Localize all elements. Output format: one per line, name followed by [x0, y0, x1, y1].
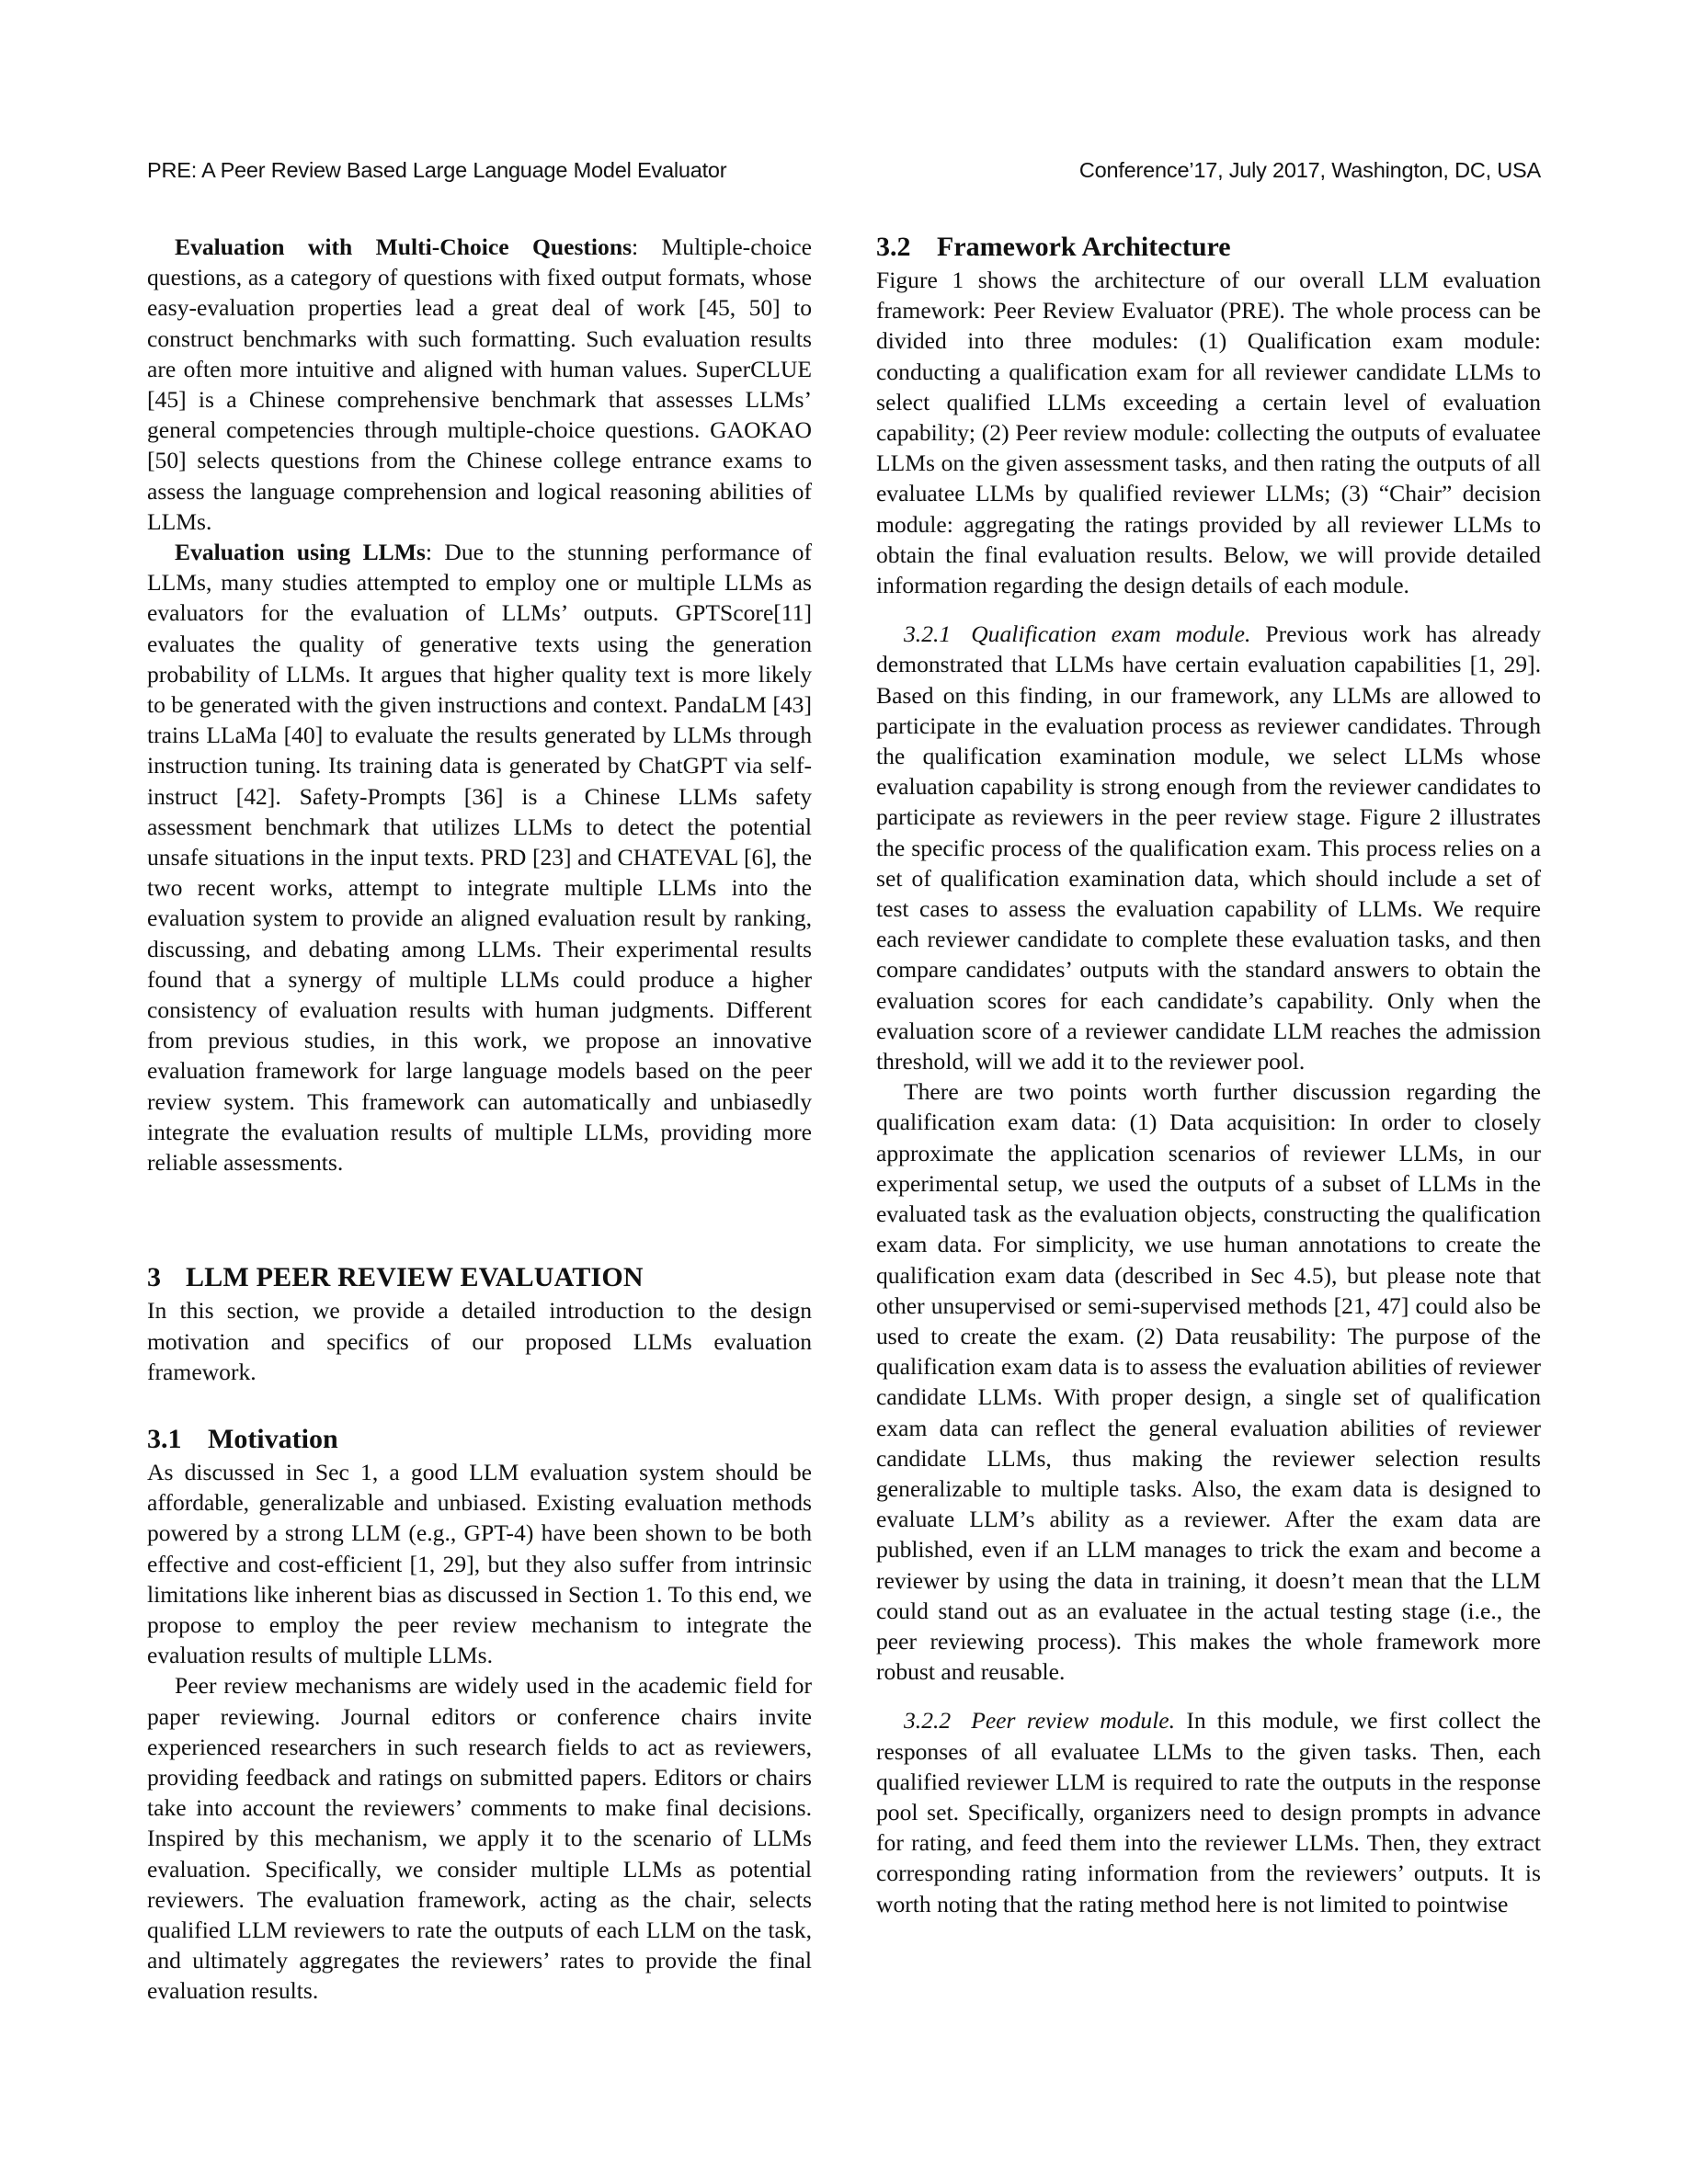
section-heading-3: 3LLM PEER REVIEW EVALUATION [147, 1260, 812, 1295]
header-conference: Conference’17, July 2017, Washington, DC… [1079, 158, 1541, 183]
section-title: Framework Architecture [937, 232, 1231, 262]
qualification-paragraph-1: 3.2.1Qualification exam module. Previous… [876, 619, 1541, 1076]
section-title: Motivation [208, 1424, 338, 1454]
peer-review-paragraph-1: 3.2.2Peer review module. In this module,… [876, 1705, 1541, 1918]
paragraph-text: In this module, we first collect the res… [876, 1707, 1541, 1917]
section-number: 3.1 [147, 1422, 208, 1457]
subsubsection-title: Peer review module. [971, 1707, 1175, 1734]
subsubsection-number: 3.2.2 [904, 1707, 951, 1734]
spacer [147, 1177, 812, 1260]
paragraph-text: : Multiple-choice questions, as a catego… [147, 233, 812, 535]
qualification-paragraph-2: There are two points worth further discu… [876, 1076, 1541, 1687]
section-number: 3.2 [876, 230, 937, 265]
section-heading-3-1: 3.1Motivation [147, 1422, 812, 1457]
framework-paragraph-1: Figure 1 shows the architecture of our o… [876, 265, 1541, 600]
runin-heading-evaluation-llms: Evaluation using LLMs [175, 539, 426, 565]
subsubsection-title: Qualification exam module. [971, 620, 1250, 647]
subsubsection-number: 3.2.1 [904, 620, 951, 647]
spacer [147, 1387, 812, 1422]
running-header: PRE: A Peer Review Based Large Language … [147, 158, 1541, 183]
header-paper-title: PRE: A Peer Review Based Large Language … [147, 158, 726, 183]
motivation-paragraph-1: As discussed in Sec 1, a good LLM evalua… [147, 1457, 812, 1670]
section-number: 3 [147, 1260, 186, 1295]
section-3-intro: In this section, we provide a detailed i… [147, 1295, 812, 1387]
paragraph-multi-choice: Evaluation with Multi-Choice Questions: … [147, 232, 812, 537]
section-title: LLM PEER REVIEW EVALUATION [186, 1262, 644, 1292]
paper-page: PRE: A Peer Review Based Large Language … [0, 0, 1688, 2184]
section-heading-3-2: 3.2Framework Architecture [876, 230, 1541, 265]
paragraph-text: Previous work has already demonstrated t… [876, 620, 1541, 1075]
spacer [876, 600, 1541, 619]
paragraph-evaluation-using-llms: Evaluation using LLMs: Due to the stunni… [147, 537, 812, 1177]
right-column: 3.2Framework Architecture Figure 1 shows… [876, 230, 1541, 1919]
paragraph-text: : Due to the stunning performance of LLM… [147, 539, 812, 1176]
left-column: Evaluation with Multi-Choice Questions: … [147, 232, 812, 2007]
motivation-paragraph-2: Peer review mechanisms are widely used i… [147, 1670, 812, 2006]
spacer [876, 1687, 1541, 1705]
runin-heading-multi-choice: Evaluation with Multi-Choice Questions [175, 233, 632, 260]
